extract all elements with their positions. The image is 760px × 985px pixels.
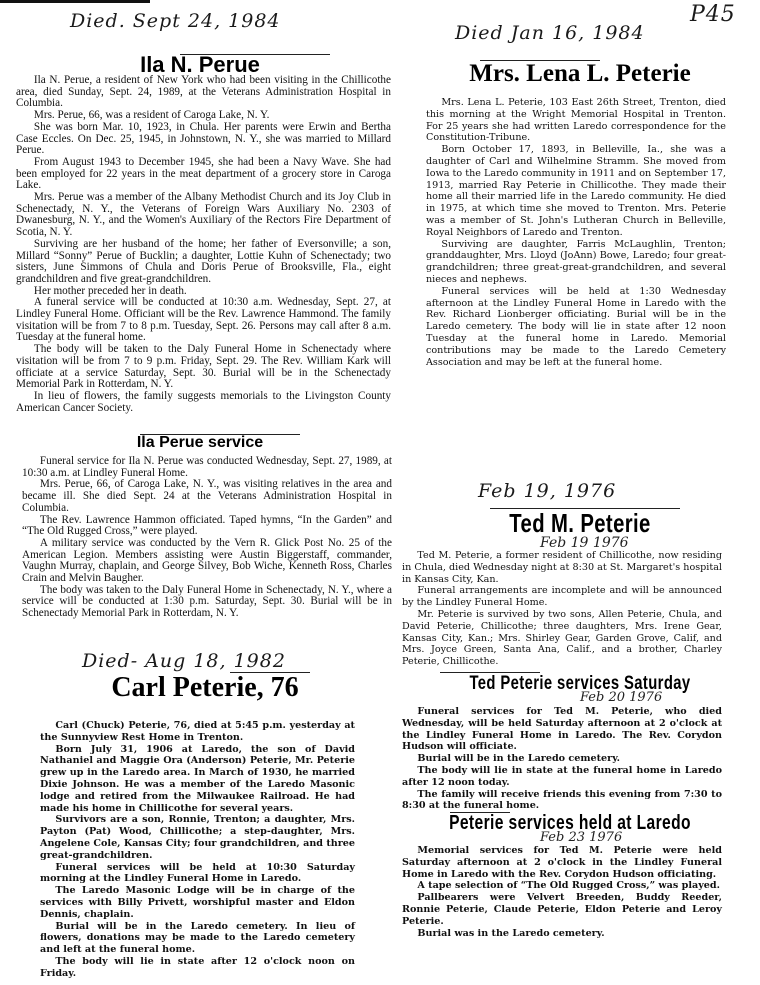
paragraph: Burial will be in the Laredo cemetery. — [402, 753, 722, 765]
article-body: Memorial services for Ted M. Peterie wer… — [402, 845, 722, 939]
paragraph: Burial will be in the Laredo cemetery. I… — [40, 921, 355, 956]
article-body: Mrs. Lena L. Peterie, 103 East 26th Stre… — [426, 97, 726, 368]
paragraph: Surviving are her husband of the home; h… — [16, 239, 391, 286]
article-body: Carl (Chuck) Peterie, 76, died at 5:45 p… — [40, 720, 355, 980]
paragraph: The body was taken to the Daly Funeral H… — [22, 585, 392, 620]
paragraph: Burial was in the Laredo cemetery. — [402, 928, 722, 940]
paragraph: Surviving are daughter, Farris McLaughli… — [426, 239, 726, 286]
paragraph: Funeral services for Ted M. Peterie, who… — [402, 706, 722, 753]
paragraph: The Laredo Masonic Lodge will be in char… — [40, 885, 355, 920]
article-body: Funeral services for Ted M. Peterie, who… — [402, 706, 722, 812]
paragraph: The body will lie in state after 12 o'cl… — [40, 956, 355, 980]
handwritten-death-date: Feb 19, 1976 — [478, 480, 616, 502]
handwritten-date-note: Feb 19 1976 — [540, 535, 629, 551]
article-body: Ila N. Perue, a resident of New York who… — [16, 75, 391, 414]
paragraph: Pallbearers were Velvert Breeden, Buddy … — [402, 892, 722, 927]
paragraph: Mrs. Lena L. Peterie, 103 East 26th Stre… — [426, 97, 726, 144]
handwritten-death-date: Died Jan 16, 1984 — [455, 22, 645, 44]
paragraph: Mrs. Perue was a member of the Albany Me… — [16, 192, 391, 239]
paragraph: Carl (Chuck) Peterie, 76, died at 5:45 p… — [40, 720, 355, 744]
paragraph: From August 1943 to December 1945, she h… — [16, 157, 391, 192]
handwritten-date-note: Feb 23 1976 — [540, 830, 622, 845]
paragraph: In lieu of flowers, the family suggests … — [16, 391, 391, 414]
paragraph: Mr. Peterie is survived by two sons, All… — [402, 609, 722, 668]
paragraph: She was born Mar. 10, 1923, in Chula. He… — [16, 122, 391, 157]
paragraph: Ila N. Perue, a resident of New York who… — [16, 75, 391, 110]
paragraph: Born October 17, 1893, in Belleville, Ia… — [426, 144, 726, 238]
handwritten-date-note: Feb 20 1976 — [580, 690, 662, 705]
paragraph: A funeral service will be conducted at 1… — [16, 297, 391, 344]
paragraph: Memorial services for Ted M. Peterie wer… — [402, 845, 722, 880]
headline: Carl Peterie, 76 — [60, 672, 350, 704]
paragraph: Funeral services will be held at 1:30 We… — [426, 286, 726, 369]
paragraph: Mrs. Perue, 66, of Caroga Lake, N. Y., w… — [22, 479, 392, 514]
paragraph: The Rev. Lawrence Hammon officiated. Tap… — [22, 515, 392, 538]
paragraph: The body will be taken to the Daly Funer… — [16, 344, 391, 391]
paragraph: Funeral service for Ila N. Perue was con… — [22, 456, 392, 479]
paragraph: A military service was conducted by the … — [22, 538, 392, 585]
headline: Ila Perue service — [80, 434, 320, 452]
handwritten-death-date: Died. Sept 24, 1984 — [70, 10, 281, 32]
handwritten-death-date: Died- Aug 18, 1982 — [82, 650, 286, 672]
paragraph: Survivors are a son, Ronnie, Trenton; a … — [40, 814, 355, 861]
article-body: Ted M. Peterie, a former resident of Chi… — [402, 550, 722, 668]
top-edge-bar — [0, 0, 150, 3]
paragraph: Funeral arrangements are incomplete and … — [402, 585, 722, 609]
paragraph: The body will lie in state at the funera… — [402, 765, 722, 789]
headline: Mrs. Lena L. Peterie — [430, 60, 730, 88]
paragraph: Born July 31, 1906 at Laredo, the son of… — [40, 744, 355, 815]
paragraph: Funeral services will be held at 10:30 S… — [40, 862, 355, 886]
paragraph: Ted M. Peterie, a former resident of Chi… — [402, 550, 722, 585]
paragraph: A tape selection of “The Old Rugged Cros… — [402, 880, 722, 892]
paragraph: The family will receive friends this eve… — [402, 789, 722, 813]
article-body: Funeral service for Ila N. Perue was con… — [22, 456, 392, 620]
page-mark: P45 — [690, 2, 736, 27]
